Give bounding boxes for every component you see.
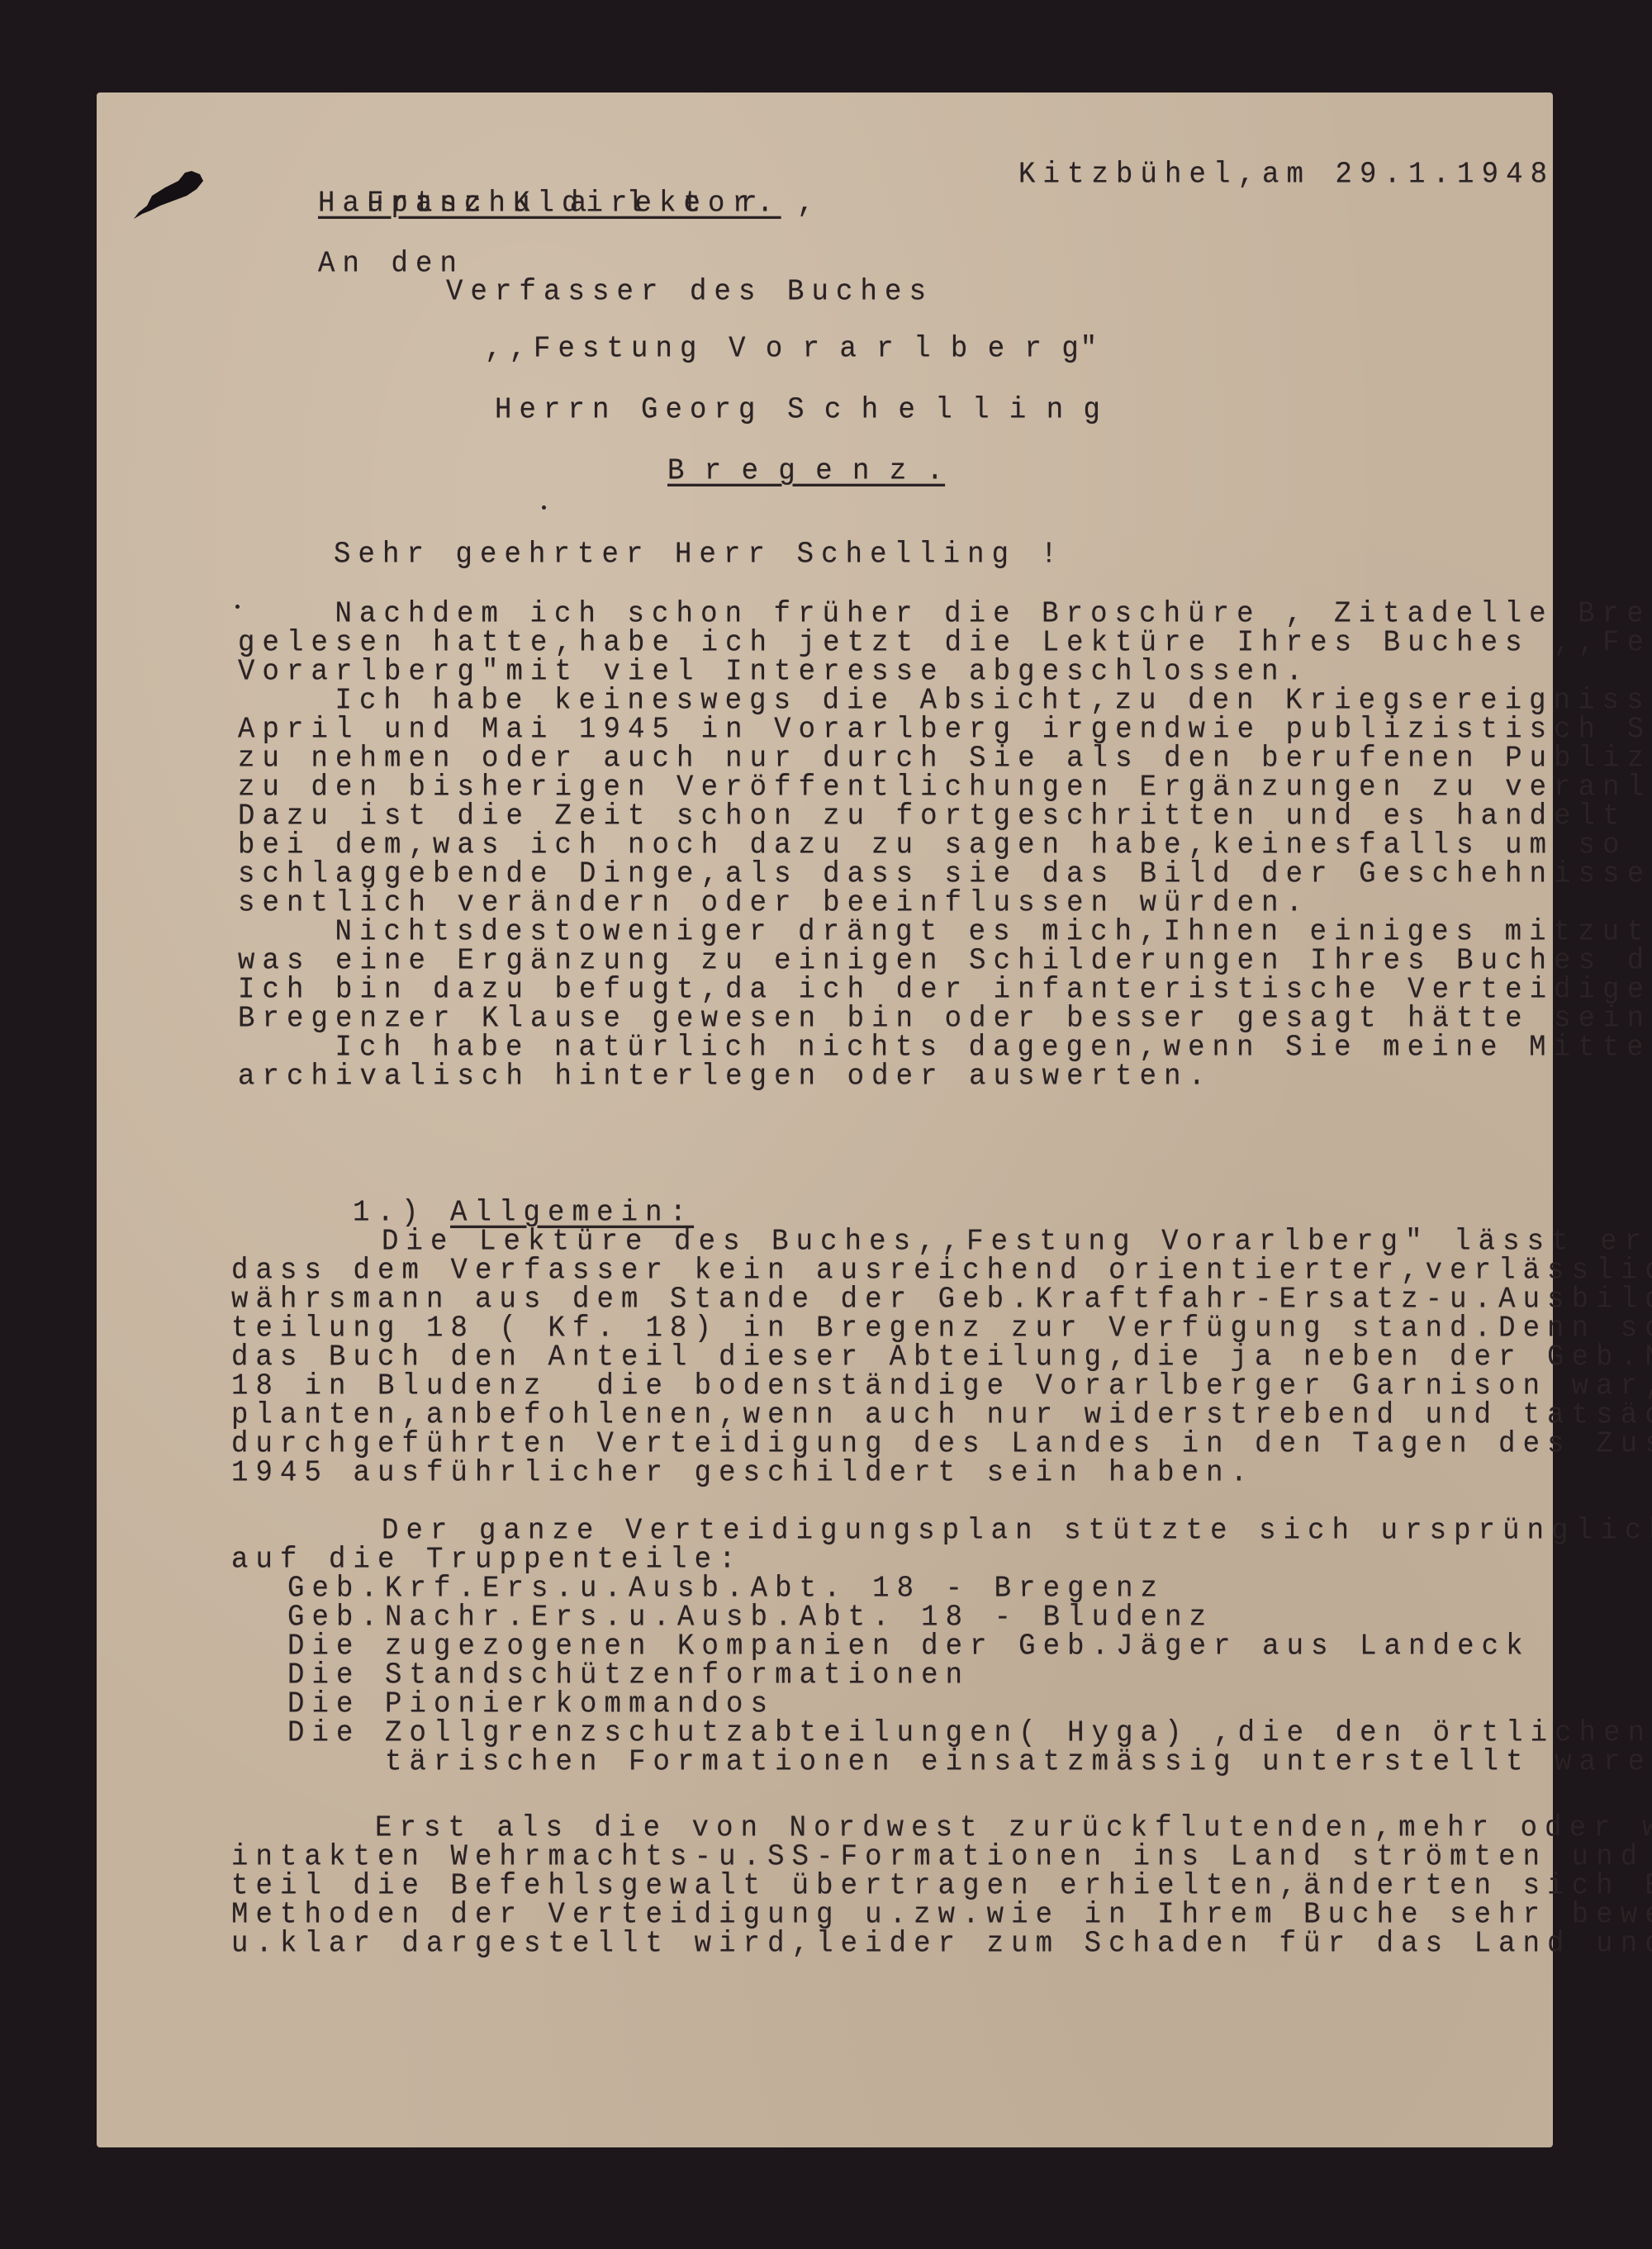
list-item: Die Pionierkommandos [287, 1690, 775, 1720]
list-item: tärischen Formationen einsatzmässig unte… [287, 1748, 1652, 1778]
text-line: Ich habe natürlich nichts dagegen,wenn S… [213, 1033, 1652, 1064]
text-line: Dazu ist die Zeit schon zu fortgeschritt… [238, 802, 1652, 833]
book-title-spaced: V o r a r l b e r g" [729, 333, 1099, 366]
text-line: Bregenzer Klause gewesen bin oder besser… [238, 1004, 1652, 1035]
text-line: teilung 18 ( Kf. 18) in Bregenz zur Verf… [231, 1314, 1652, 1345]
list-item: Geb.Nachr.Ers.u.Ausb.Abt. 18 - Bludenz [287, 1603, 1213, 1634]
text-line: zu den bisherigen Veröffentlichungen Erg… [238, 773, 1652, 804]
text-line: teil die Befehlsgewalt übertragen erhiel… [231, 1872, 1652, 1902]
sender-title: Hauptschuldirektor. [318, 189, 781, 220]
section-1-heading: 1.) Allgemein: [304, 1168, 694, 1229]
list-item: Die zugezogenen Kompanien der Geb.Jäger … [287, 1632, 1531, 1663]
text-line: sentlich verändern oder beeinflussen wür… [238, 889, 1310, 919]
text-line: bei dem,was ich noch dazu zu sagen habe,… [238, 831, 1652, 861]
recipient-name-prefix: Herrn Georg [495, 394, 763, 427]
text-line: Die Lektüre des Buches,,Festung Vorarlbe… [187, 1227, 1652, 1258]
text-line: Ich habe keineswegs die Absicht,zu den K… [213, 686, 1652, 717]
text-line: April und Mai 1945 in Vorarlberg irgendw… [238, 715, 1652, 746]
text-line: was eine Ergänzung zu einigen Schilderun… [238, 947, 1652, 977]
text-line: Vorarlberg"mit viel Interesse abgeschlos… [238, 657, 1310, 688]
list-item: Die Standschützenformationen [287, 1661, 970, 1691]
text-line: auf die Truppenteile: [231, 1545, 743, 1576]
recipient-city: B r e g e n z . [667, 457, 945, 487]
text-line: Nachdem ich schon früher die Broschüre ,… [213, 600, 1652, 630]
recipient-surname-spaced: S c h e l l i n g [787, 394, 1102, 427]
place-date: Kitzbühel,am 29.1.1948 [1018, 160, 1555, 191]
text-line: Nichtsdestoweniger drängt es mich,Ihnen … [213, 918, 1652, 948]
text-line: gelesen hatte,habe ich jetzt die Lektüre… [238, 629, 1652, 659]
recipient-name: Herrn Georg S c h e l l i n g [446, 365, 1102, 426]
text-line: zu nehmen oder auch nur durch Sie als de… [238, 744, 1652, 775]
text-line: dass dem Verfasser kein ausreichend orie… [231, 1256, 1652, 1287]
paper-hole-blot [122, 163, 205, 221]
text-line: u.klar dargestellt wird,leider zum Schad… [231, 1929, 1652, 1960]
text-line: Erst als die von Nordwest zurückflutende… [180, 1814, 1652, 1844]
text-line: Methoden der Verteidigung u.zw.wie in Ih… [231, 1900, 1652, 1931]
recipient-book-title: ,,Festung V o r a r l b e r g" [436, 304, 1099, 365]
salutation: Sehr geehrter Herr Schelling ! [334, 540, 1065, 571]
text-line: planten,anbefohlenen,wenn auch nur wider… [231, 1401, 1652, 1431]
list-item: Geb.Krf.Ers.u.Ausb.Abt. 18 - Bregenz [287, 1574, 1165, 1605]
text-line: das Buch den Anteil dieser Abteilung,die… [231, 1343, 1652, 1374]
recipient-line-an-den: An den [318, 249, 464, 280]
list-item: Die Zollgrenzschutzabteilungen( Hyga) ,d… [287, 1719, 1652, 1749]
text-line: währsmann aus dem Stande der Geb.Kraftfa… [231, 1285, 1652, 1316]
text-line: archivalisch hinterlegen oder auswerten. [238, 1062, 1213, 1093]
text-line: durchgeführten Verteidigung des Landes i… [231, 1430, 1652, 1460]
text-line: Der ganze Verteidigungsplan stützte sich… [187, 1516, 1652, 1547]
text-line: Ich bin dazu befugt,da ich der infanteri… [238, 975, 1652, 1006]
text-line: 1945 ausführlicher geschildert sein habe… [231, 1459, 1255, 1489]
text-line: 18 in Bludenz die bodenständige Vorarlbe… [231, 1372, 1652, 1402]
text-line: schlaggebende Dinge,als dass sie das Bil… [238, 860, 1652, 890]
book-title-prefix: ,,Festung [485, 333, 705, 366]
text-line: intakten Wehrmachts-u.SS-Formationen ins… [231, 1843, 1652, 1873]
stray-ink-dot [542, 505, 546, 510]
